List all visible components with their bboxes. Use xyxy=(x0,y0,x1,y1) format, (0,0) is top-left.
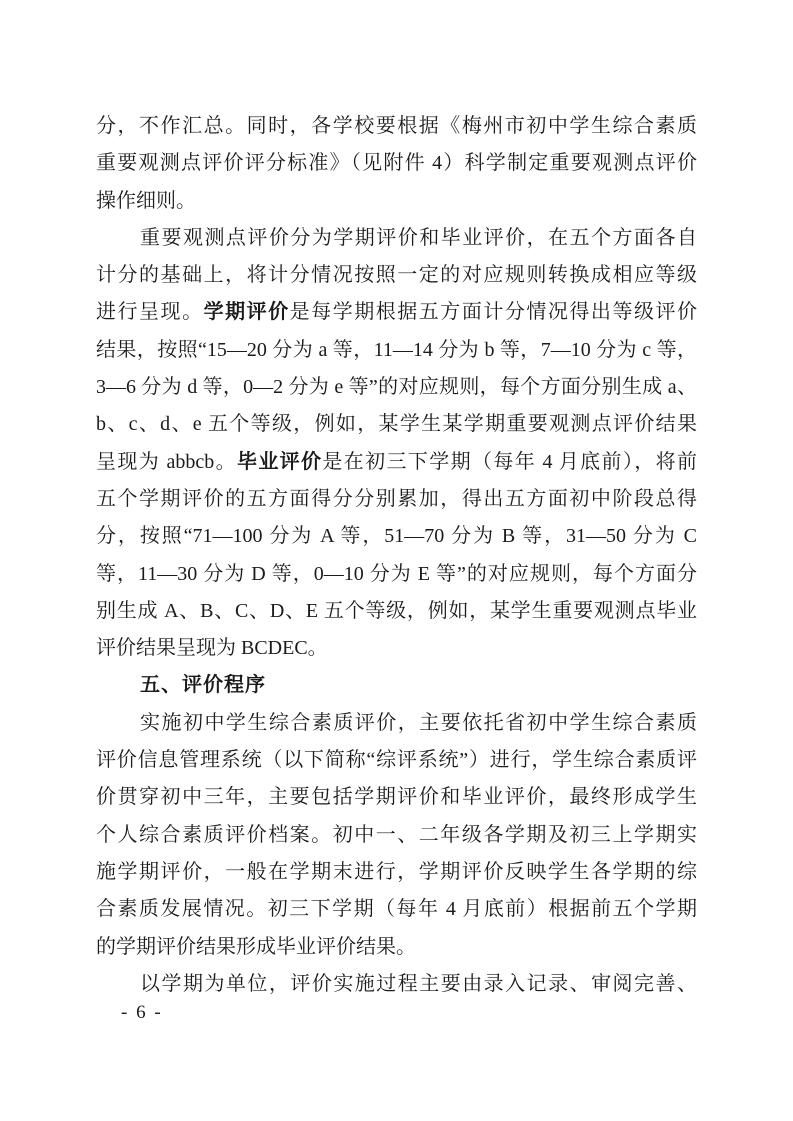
text-run: 以学期为单位，评价实施过程主要由录入记录、审阅完善、 xyxy=(140,973,697,995)
text-run: 评价结果呈现为 BCDEC。 xyxy=(96,637,328,659)
text-run: 合素质发展情况。初三下学期（每年 4 月底前）根据前五个学期 xyxy=(96,898,697,920)
text-run: 评价信息管理系统（以下简称“综评系统”）进行，学生综合素质评 xyxy=(96,749,697,771)
bold-term: 毕业评价 xyxy=(237,451,322,473)
text-line: 施学期评价，一般在学期末进行，学期评价反映学生各学期的综 xyxy=(96,854,697,891)
text-run: 分，按照“71—100 分为 A 等，51—70 分为 B 等，31—50 分为… xyxy=(96,525,697,547)
text-line: 评价信息管理系统（以下简称“综评系统”）进行，学生综合素质评 xyxy=(96,742,697,779)
text-run: 五个学期评价的五方面得分分别累加，得出五方面初中阶段总得 xyxy=(96,488,697,510)
text-run: 别生成 A、B、C、D、E 五个等级，例如，某学生重要观测点毕业 xyxy=(96,600,697,622)
text-run: 的学期评价结果形成毕业评价结果。 xyxy=(96,936,416,958)
text-line: 呈现为 abbcb。毕业评价是在初三下学期（每年 4 月底前），将前 xyxy=(96,444,697,481)
text-run: b、c、d、e 五个等级，例如，某学生某学期重要观测点评价结果 xyxy=(96,413,697,435)
text-line: 实施初中学生综合素质评价，主要依托省初中学生综合素质 xyxy=(96,705,697,742)
document-page: 分，不作汇总。同时，各学校要根据《梅州市初中学生综合素质重要观测点评价评分标准》… xyxy=(0,0,793,1121)
bold-term: 五、评价程序 xyxy=(140,674,266,696)
text-line: 进行呈现。学期评价是每学期根据五方面计分情况得出等级评价 xyxy=(96,294,697,331)
text-line: 评价结果呈现为 BCDEC。 xyxy=(96,630,697,667)
text-run: 等，11—30 分为 D 等，0—10 分为 E 等”的对应规则，每个方面分 xyxy=(96,563,697,585)
text-line: 个人综合素质评价档案。初中一、二年级各学期及初三上学期实 xyxy=(96,817,697,854)
text-line: 分，不作汇总。同时，各学校要根据《梅州市初中学生综合素质 xyxy=(96,108,697,145)
text-run: 实施初中学生综合素质评价，主要依托省初中学生综合素质 xyxy=(140,712,697,734)
text-line: 分，按照“71—100 分为 A 等，51—70 分为 B 等，31—50 分为… xyxy=(96,518,697,555)
text-line: 价贯穿初中三年，主要包括学期评价和毕业评价，最终形成学生 xyxy=(96,779,697,816)
text-line: 操作细则。 xyxy=(96,183,697,220)
document-body: 分，不作汇总。同时，各学校要根据《梅州市初中学生综合素质重要观测点评价评分标准》… xyxy=(96,108,697,1003)
text-run: 价贯穿初中三年，主要包括学期评价和毕业评价，最终形成学生 xyxy=(96,786,697,808)
text-line: b、c、d、e 五个等级，例如，某学生某学期重要观测点评价结果 xyxy=(96,406,697,443)
text-run: 呈现为 abbcb。 xyxy=(96,451,237,473)
text-run: 是每学期根据五方面计分情况得出等级评价 xyxy=(290,301,697,323)
page-number: - 6 - xyxy=(121,1000,163,1026)
text-run: 分，不作汇总。同时，各学校要根据《梅州市初中学生综合素质 xyxy=(96,115,697,137)
text-line: 等，11—30 分为 D 等，0—10 分为 E 等”的对应规则，每个方面分 xyxy=(96,556,697,593)
text-run: 结果，按照“15—20 分为 a 等，11—14 分为 b 等，7—10 分为 … xyxy=(96,339,697,361)
text-line: 结果，按照“15—20 分为 a 等，11—14 分为 b 等，7—10 分为 … xyxy=(96,332,697,369)
text-run: 个人综合素质评价档案。初中一、二年级各学期及初三上学期实 xyxy=(96,824,697,846)
text-line: 的学期评价结果形成毕业评价结果。 xyxy=(96,929,697,966)
text-run: 施学期评价，一般在学期末进行，学期评价反映学生各学期的综 xyxy=(96,861,697,883)
text-run: 操作细则。 xyxy=(96,190,196,212)
text-run: 3—6 分为 d 等，0—2 分为 e 等”的对应规则，每个方面分别生成 a、 xyxy=(96,376,697,398)
text-line: 合素质发展情况。初三下学期（每年 4 月底前）根据前五个学期 xyxy=(96,891,697,928)
text-line: 计分的基础上，将计分情况按照一定的对应规则转换成相应等级 xyxy=(96,257,697,294)
text-line: 3—6 分为 d 等，0—2 分为 e 等”的对应规则，每个方面分别生成 a、 xyxy=(96,369,697,406)
bold-term: 学期评价 xyxy=(204,301,290,323)
text-line: 重要观测点评价分为学期评价和毕业评价，在五个方面各自 xyxy=(96,220,697,257)
text-run: 计分的基础上，将计分情况按照一定的对应规则转换成相应等级 xyxy=(96,264,697,286)
text-line: 五个学期评价的五方面得分分别累加，得出五方面初中阶段总得 xyxy=(96,481,697,518)
text-line: 以学期为单位，评价实施过程主要由录入记录、审阅完善、 xyxy=(96,966,697,1003)
text-run: 是在初三下学期（每年 4 月底前），将前 xyxy=(322,451,697,473)
text-line: 别生成 A、B、C、D、E 五个等级，例如，某学生重要观测点毕业 xyxy=(96,593,697,630)
text-run: 重要观测点评价评分标准》（见附件 4）科学制定重要观测点评价 xyxy=(96,152,697,174)
text-run: 重要观测点评价分为学期评价和毕业评价，在五个方面各自 xyxy=(140,227,697,249)
section-heading: 五、评价程序 xyxy=(96,667,697,704)
text-run: 进行呈现。 xyxy=(96,301,204,323)
text-line: 重要观测点评价评分标准》（见附件 4）科学制定重要观测点评价 xyxy=(96,145,697,182)
